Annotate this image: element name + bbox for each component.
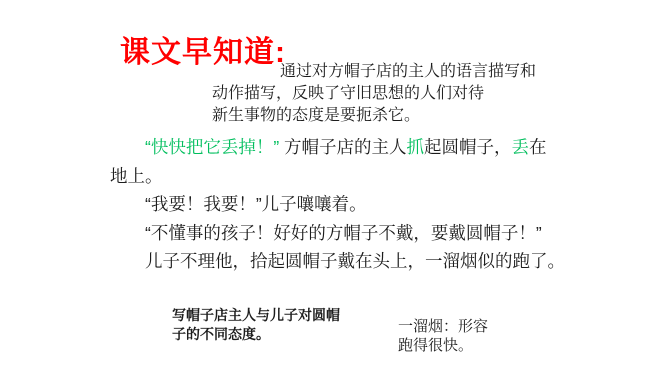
note-glossary-yiliuyan: 一溜烟：形容 跑得很快。 bbox=[398, 317, 518, 355]
passage-word: 儿子不理他，拾起圆帽子戴在头上，一溜烟似的跑了。 bbox=[145, 251, 565, 271]
intro-line: 通过对方帽子店的主人的语言描写和 bbox=[212, 61, 532, 83]
passage-line: “我要！我要！”儿子嚷嚷着。 bbox=[110, 190, 580, 219]
passage-word: 方帽子店的主人 bbox=[279, 137, 406, 157]
note-attitude-summary: 写帽子店主人与儿子对圆帽 子的不同态度。 bbox=[172, 306, 352, 344]
note-line: 跑得很快。 bbox=[398, 336, 518, 355]
intro-line: 动作描写，反映了守旧思想的人们对待 bbox=[212, 83, 532, 105]
note-line: 一溜烟：形容 bbox=[398, 317, 518, 336]
note-line: 子的不同态度。 bbox=[172, 325, 352, 344]
passage-word: 起圆帽子， bbox=[424, 137, 512, 157]
intro-line: 新生事物的态度是要扼杀它。 bbox=[212, 105, 532, 127]
highlighted-word: 丢 bbox=[512, 137, 530, 157]
passage-line: 地上。 bbox=[110, 162, 580, 191]
passage-word: “不懂事的孩子！好好的方帽子不戴，要戴圆帽子！” bbox=[145, 223, 542, 243]
passage-word: “我要！我要！”儿子嚷嚷着。 bbox=[145, 194, 367, 214]
highlighted-word: “快快把它丢掉！” bbox=[145, 137, 279, 157]
passage-line: 儿子不理他，拾起圆帽子戴在头上，一溜烟似的跑了。 bbox=[110, 247, 580, 276]
note-line: 写帽子店主人与儿子对圆帽 bbox=[172, 306, 352, 325]
highlighted-word: 抓 bbox=[407, 137, 425, 157]
lesson-slide: 课文早知道: 通过对方帽子店的主人的语言描写和 动作描写，反映了守旧思想的人们对… bbox=[0, 0, 668, 376]
intro-paragraph: 通过对方帽子店的主人的语言描写和 动作描写，反映了守旧思想的人们对待 新生事物的… bbox=[212, 61, 532, 127]
passage-line: “不懂事的孩子！好好的方帽子不戴，要戴圆帽子！” bbox=[110, 219, 580, 248]
passage-word: 地上。 bbox=[110, 166, 163, 186]
passage-line: “快快把它丢掉！” 方帽子店的主人抓起圆帽子，丢在 bbox=[110, 133, 580, 162]
passage-text-block: “快快把它丢掉！” 方帽子店的主人抓起圆帽子，丢在 地上。 “我要！我要！”儿子… bbox=[110, 133, 580, 276]
passage-word: 在 bbox=[529, 137, 547, 157]
